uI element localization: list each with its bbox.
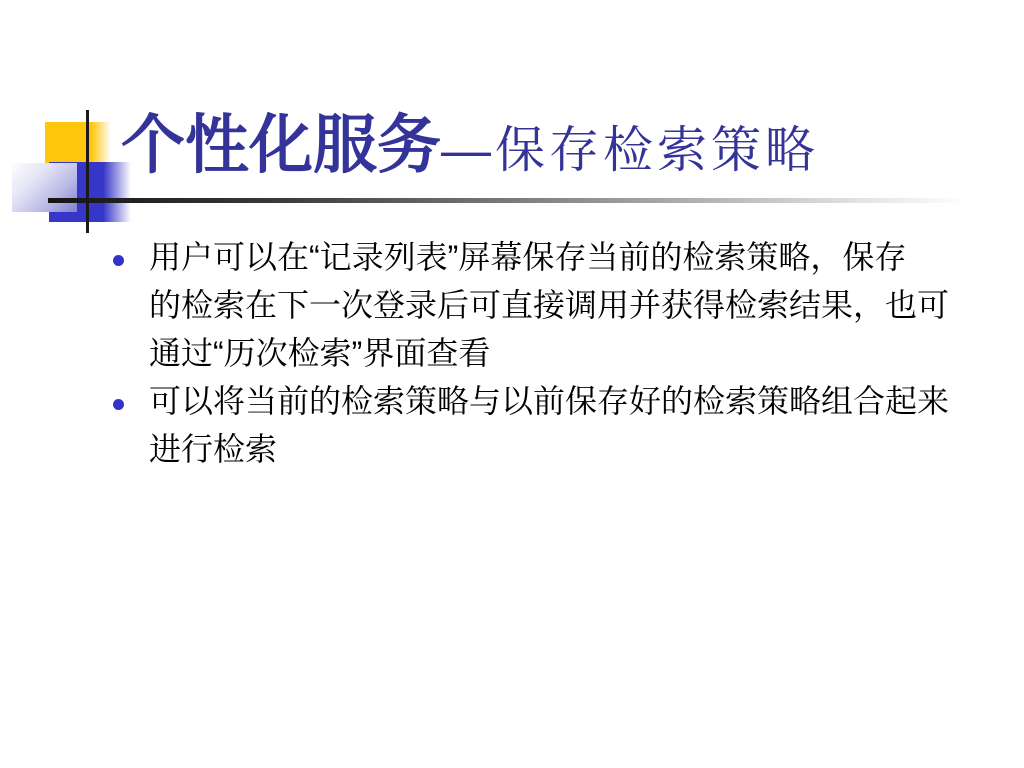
slide-title-main: 个性化服务 bbox=[121, 109, 441, 181]
slide-title-subtitle: 保存检索策略 bbox=[495, 122, 819, 178]
slide: 个性化服务—保存检索策略 用户可以在“记录列表”屏幕保存当前的检索策略，保存 的… bbox=[0, 0, 1024, 768]
bullet-1-line-1: 用户可以在“记录列表”屏幕保存当前的检索策略，保存 bbox=[149, 233, 973, 281]
bullet-1-line-3: 通过“历次检索”界面查看 bbox=[149, 329, 973, 377]
decor-vertical-line bbox=[86, 110, 89, 233]
bullet-2-line-1: 可以将当前的检索策略与以前保存好的检索策略组合起来 bbox=[149, 377, 973, 425]
title-underline-rule bbox=[48, 198, 968, 203]
slide-title-separator: — bbox=[441, 122, 495, 178]
bullet-dot-icon bbox=[113, 255, 124, 266]
bullet-list: 用户可以在“记录列表”屏幕保存当前的检索策略，保存 的检索在下一次登录后可直接调… bbox=[113, 233, 973, 473]
bullet-dot-icon bbox=[113, 399, 124, 410]
bullet-item-1: 用户可以在“记录列表”屏幕保存当前的检索策略，保存 的检索在下一次登录后可直接调… bbox=[113, 233, 973, 377]
bullet-1-line-2: 的检索在下一次登录后可直接调用并获得检索结果，也可 bbox=[149, 281, 973, 329]
slide-title: 个性化服务—保存检索策略 bbox=[121, 110, 819, 180]
bullet-item-2: 可以将当前的检索策略与以前保存好的检索策略组合起来 进行检索 bbox=[113, 377, 973, 473]
bullet-2-line-2: 进行检索 bbox=[149, 425, 973, 473]
decor-gradient-square bbox=[12, 163, 77, 212]
